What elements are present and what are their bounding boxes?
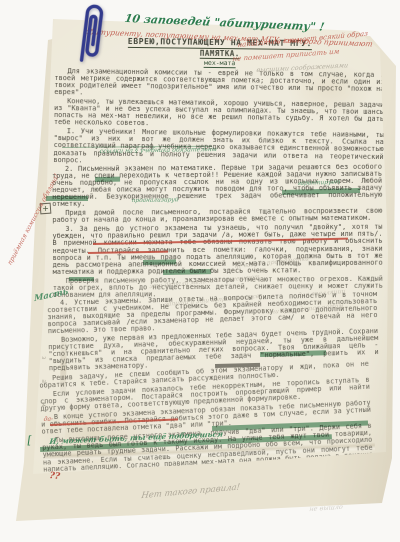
handwritten-red-note: не помешает приписать им xyxy=(232,48,340,64)
handwritten-pencil-scribble: они пригодятся потом xyxy=(267,302,344,316)
green-strikethrough xyxy=(69,277,94,281)
photo-background: ЕВРЕЮ,ПОСТУПАЮЩЕМУ НА МЕХ-МАТ МГУ. ПАМЯТ… xyxy=(0,0,400,542)
green-strikethrough xyxy=(46,196,88,201)
red-underline xyxy=(88,251,168,254)
green-strikethrough xyxy=(260,350,326,356)
red-strikethrough xyxy=(93,238,348,245)
green-strikethrough xyxy=(143,259,176,264)
handwritten-red-insertion: да- xyxy=(43,416,53,424)
green-bracket-mark: [ xyxy=(27,434,32,447)
handwritten-pencil-note: высшими соображениями xyxy=(256,61,349,74)
green-strikethrough-heavy xyxy=(212,421,368,431)
green-strikethrough xyxy=(282,188,360,195)
typed-overstrike xyxy=(215,363,260,368)
paperclip-icon xyxy=(68,0,115,66)
red-question-marks: ?? xyxy=(49,471,61,482)
annotations-layer: 10 заповедей "абитуриенту" ! абитуриенту… xyxy=(0,0,400,542)
handwritten-pencil-scribble: не забудь про пометки xyxy=(234,255,309,270)
handwritten-pencil-scribble: для апелляции xyxy=(297,288,346,299)
handwritten-pencil-scribble: не вышло xyxy=(309,503,344,513)
green-strikethrough xyxy=(163,269,211,274)
handwritten-green-note: гарантирует xyxy=(297,180,340,188)
handwritten-red-margin-note: приёмная комиссия обязана! xyxy=(6,172,60,267)
green-strikethrough xyxy=(95,177,120,182)
handwritten-pencil-scribble: запиши и эти вопросы тоже xyxy=(164,293,259,308)
handwritten-pencil-scribble: эти детали мелочи и не мешают xyxy=(149,273,260,290)
red-underline xyxy=(50,418,178,425)
margin-typed-chars: з а м xyxy=(40,356,47,414)
handwritten-pencil-note-bottom: Нет такого правила! xyxy=(141,482,241,501)
handwritten-green-margin-word: Масть xyxy=(34,287,68,304)
handwritten-green-note: проанализируй xyxy=(131,197,179,204)
